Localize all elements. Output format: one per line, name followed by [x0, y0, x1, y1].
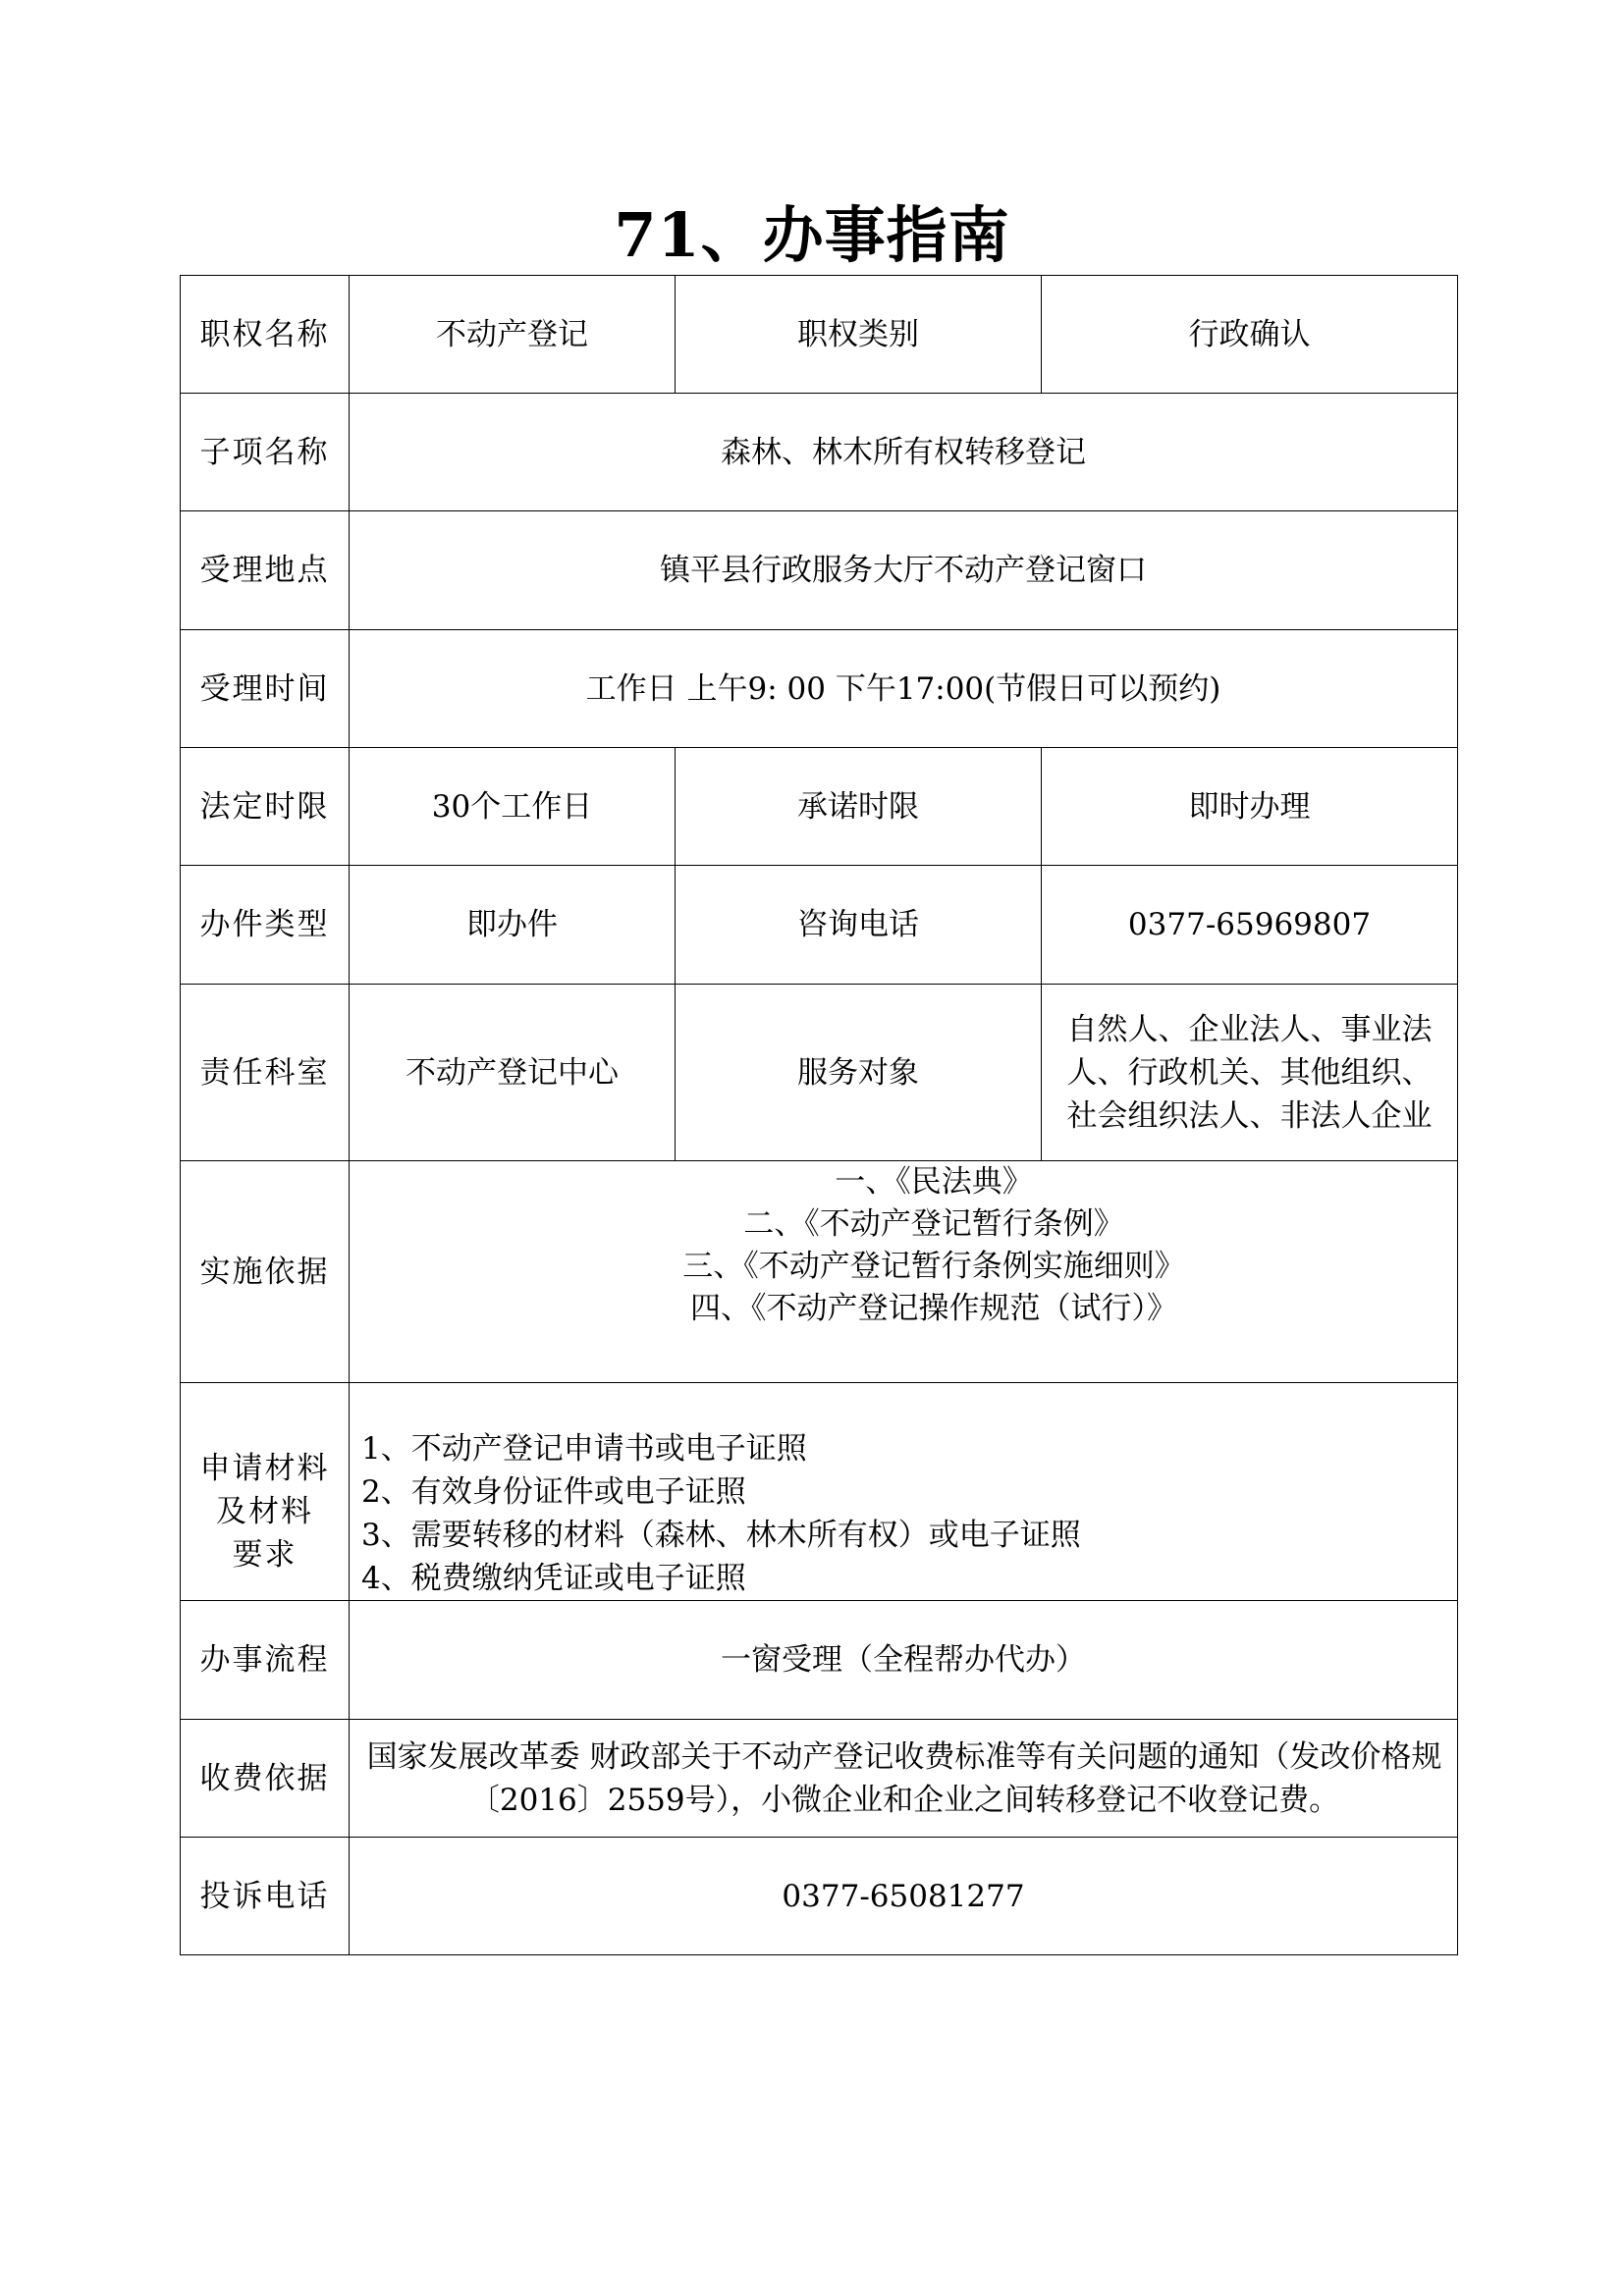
row-time-limit: 法定时限 30个工作日 承诺时限 即时办理: [181, 748, 1458, 866]
fee-basis-label: 收费依据: [181, 1720, 350, 1838]
promised-time-limit-label: 承诺时限: [676, 748, 1042, 866]
service-target-value: 自然人、企业法人、事业法人、行政机关、其他组织、社会组织法人、非法人企业: [1042, 985, 1458, 1161]
row-materials: 申请材料 及材料 要求 1、不动产登记申请书或电子证照 2、有效身份证件或电子证…: [181, 1383, 1458, 1601]
materials-label: 申请材料 及材料 要求: [181, 1383, 350, 1601]
power-name-label: 职权名称: [181, 276, 350, 394]
department-value: 不动产登记中心: [350, 985, 676, 1161]
materials-label-line: 及材料: [190, 1490, 339, 1533]
row-case-type: 办件类型 即办件 咨询电话 0377-65969807: [181, 866, 1458, 985]
legal-time-limit-value: 30个工作日: [350, 748, 676, 866]
location-label: 受理地点: [181, 511, 350, 630]
materials-item: 2、有效身份证件或电子证照: [361, 1470, 1447, 1514]
case-type-value: 即办件: [350, 866, 676, 985]
basis-item: 二、《不动产登记暂行条例》: [420, 1203, 1447, 1246]
materials-item: 4、税费缴纳凭证或电子证照: [361, 1557, 1447, 1600]
row-power-name: 职权名称 不动产登记 职权类别 行政确认: [181, 276, 1458, 394]
materials-label-line: 申请材料: [190, 1447, 339, 1490]
row-location: 受理地点 镇平县行政服务大厅不动产登记窗口: [181, 511, 1458, 630]
row-basis: 实施依据 一、《民法典》 二、《不动产登记暂行条例》 三、《不动产登记暂行条例实…: [181, 1161, 1458, 1383]
materials-list: 1、不动产登记申请书或电子证照 2、有效身份证件或电子证照 3、需要转移的材料（…: [350, 1383, 1458, 1601]
case-type-label: 办件类型: [181, 866, 350, 985]
power-name-value: 不动产登记: [350, 276, 676, 394]
sub-item-label: 子项名称: [181, 394, 350, 511]
basis-item: 四、《不动产登记操作规范（试行）》: [420, 1288, 1447, 1330]
service-guide-table: 职权名称 不动产登记 职权类别 行政确认 子项名称 森林、林木所有权转移登记 受…: [180, 275, 1458, 1955]
department-label: 责任科室: [181, 985, 350, 1161]
service-target-label: 服务对象: [676, 985, 1042, 1161]
materials-item: 1、不动产登记申请书或电子证照: [361, 1427, 1447, 1470]
location-value: 镇平县行政服务大厅不动产登记窗口: [350, 511, 1458, 630]
hours-value: 工作日 上午9: 00 下午17:00(节假日可以预约): [350, 630, 1458, 748]
basis-list: 一、《民法典》 二、《不动产登记暂行条例》 三、《不动产登记暂行条例实施细则》 …: [350, 1161, 1458, 1383]
promised-time-limit-value: 即时办理: [1042, 748, 1458, 866]
row-sub-item: 子项名称 森林、林木所有权转移登记: [181, 394, 1458, 511]
complaint-phone-value: 0377-65081277: [350, 1838, 1458, 1955]
basis-item: 三、《不动产登记暂行条例实施细则》: [420, 1246, 1447, 1288]
consult-phone-value: 0377-65969807: [1042, 866, 1458, 985]
power-category-label: 职权类别: [676, 276, 1042, 394]
process-value: 一窗受理（全程帮办代办）: [350, 1601, 1458, 1720]
row-complaint: 投诉电话 0377-65081277: [181, 1838, 1458, 1955]
process-label: 办事流程: [181, 1601, 350, 1720]
row-hours: 受理时间 工作日 上午9: 00 下午17:00(节假日可以预约): [181, 630, 1458, 748]
fee-basis-value: 国家发展改革委 财政部关于不动产登记收费标准等有关问题的通知（发改价格规〔201…: [350, 1720, 1458, 1838]
row-process: 办事流程 一窗受理（全程帮办代办）: [181, 1601, 1458, 1720]
basis-label: 实施依据: [181, 1161, 350, 1383]
row-fee-basis: 收费依据 国家发展改革委 财政部关于不动产登记收费标准等有关问题的通知（发改价格…: [181, 1720, 1458, 1838]
consult-phone-label: 咨询电话: [676, 866, 1042, 985]
legal-time-limit-label: 法定时限: [181, 748, 350, 866]
complaint-phone-label: 投诉电话: [181, 1838, 350, 1955]
page-title: 71、办事指南: [0, 196, 1624, 275]
materials-label-line: 要求: [190, 1533, 339, 1576]
hours-label: 受理时间: [181, 630, 350, 748]
power-category-value: 行政确认: [1042, 276, 1458, 394]
materials-item: 3、需要转移的材料（森林、林木所有权）或电子证照: [361, 1514, 1447, 1557]
row-department: 责任科室 不动产登记中心 服务对象 自然人、企业法人、事业法人、行政机关、其他组…: [181, 985, 1458, 1161]
basis-item: 一、《民法典》: [420, 1161, 1447, 1203]
sub-item-value: 森林、林木所有权转移登记: [350, 394, 1458, 511]
